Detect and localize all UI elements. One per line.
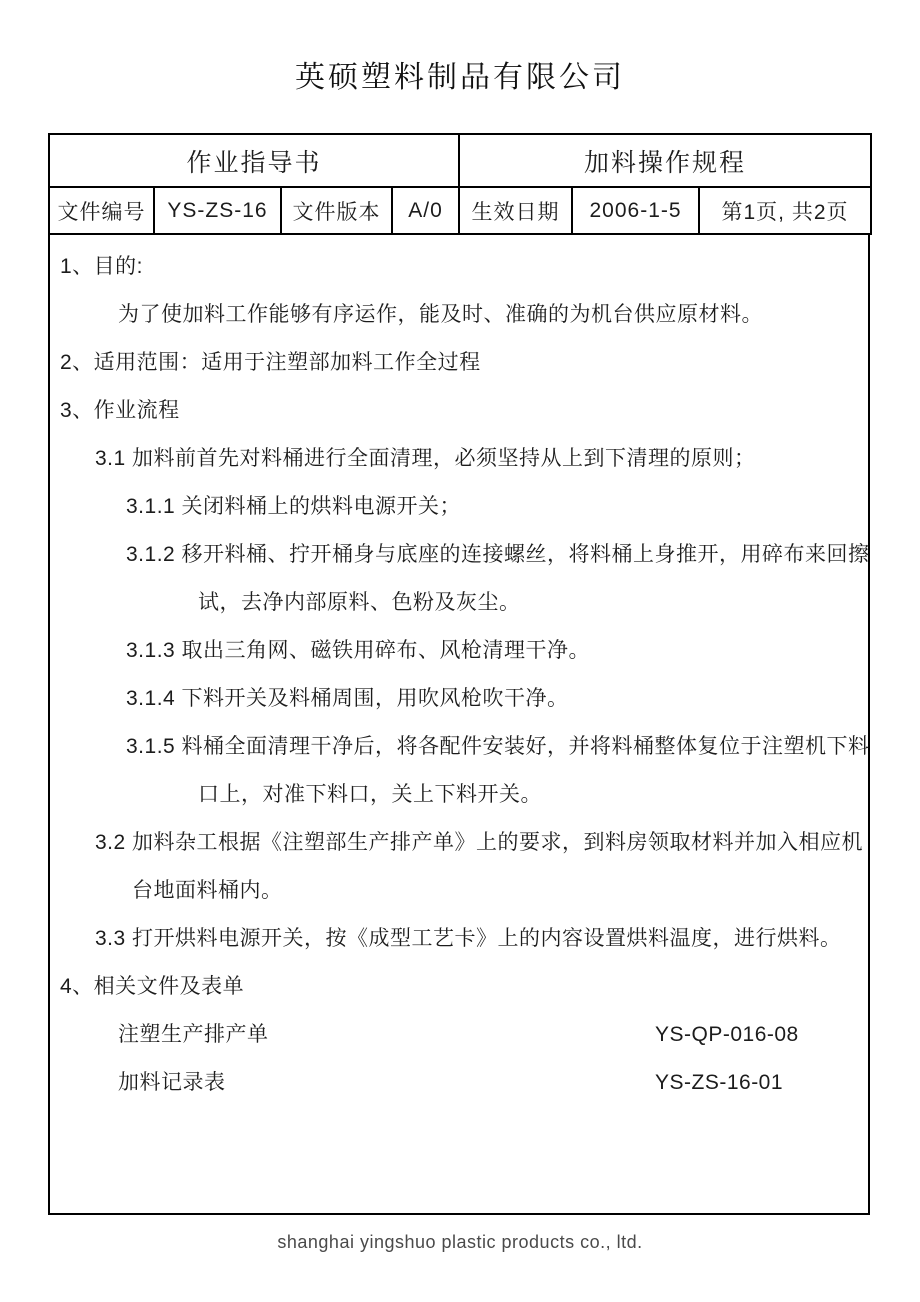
document-header-table: 作业指导书 加料操作规程 文件编号 YS-ZS-16 文件版本 A/0 生效日期… <box>48 133 872 235</box>
effective-date-value: 2006-1-5 <box>572 187 699 234</box>
related-document-row: 加料记录表 YS-ZS-16-01 <box>50 1059 868 1107</box>
body-line: 3.1.5 料桶全面清理干净后，将各配件安装好，并将料桶整体复位于注塑机下料 <box>50 723 868 771</box>
version-value: A/0 <box>392 187 459 234</box>
footer-company-name-en: shanghai yingshuo plastic products co., … <box>0 1232 920 1253</box>
doc-type-cell: 作业指导书 <box>49 134 459 187</box>
body-line: 台地面料桶内。 <box>50 867 868 915</box>
body-line: 3.2 加料杂工根据《注塑部生产排产单》上的要求，到料房领取材料并加入相应机 <box>50 819 868 867</box>
doc-no-value: YS-ZS-16 <box>154 187 281 234</box>
version-label: 文件版本 <box>281 187 392 234</box>
body-line: 试，去净内部原料、色粉及灰尘。 <box>50 579 868 627</box>
related-document-code: YS-QP-016-08 <box>655 1011 799 1059</box>
body-line: 3.3 打开烘料电源开关，按《成型工艺卡》上的内容设置烘料温度，进行烘料。 <box>50 915 868 963</box>
body-line: 3.1.3 取出三角网、磁铁用碎布、风枪清理干净。 <box>50 627 868 675</box>
related-document-name: 加料记录表 <box>118 1071 226 1094</box>
body-line: 1、目的: <box>50 243 868 291</box>
body-line: 3.1.1 关闭料桶上的烘料电源开关； <box>50 483 868 531</box>
doc-title-cell: 加料操作规程 <box>459 134 871 187</box>
related-document-row: 注塑生产排产单 YS-QP-016-08 <box>50 1011 868 1059</box>
related-document-code: YS-ZS-16-01 <box>655 1059 783 1107</box>
page-info: 第1页, 共2页 <box>699 187 871 234</box>
doc-no-label: 文件编号 <box>49 187 154 234</box>
body-line: 2、适用范围：适用于注塑部加料工作全过程 <box>50 339 868 387</box>
body-line: 口上，对准下料口，关上下料开关。 <box>50 771 868 819</box>
document-body: 1、目的: 为了使加料工作能够有序运作，能及时、准确的为机台供应原材料。 2、适… <box>48 235 870 1215</box>
body-line: 3.1.2 移开料桶、拧开桶身与底座的连接螺丝，将料桶上身推开，用碎布来回擦 <box>50 531 868 579</box>
body-line: 3.1 加料前首先对料桶进行全面清理，必须坚持从上到下清理的原则； <box>50 435 868 483</box>
body-line: 为了使加料工作能够有序运作，能及时、准确的为机台供应原材料。 <box>50 291 868 339</box>
company-title: 英硕塑料制品有限公司 <box>0 52 920 96</box>
effective-date-label: 生效日期 <box>459 187 572 234</box>
body-line: 4、相关文件及表单 <box>50 963 868 1011</box>
body-line: 3、作业流程 <box>50 387 868 435</box>
related-document-name: 注塑生产排产单 <box>118 1023 269 1046</box>
body-line: 3.1.4 下料开关及料桶周围，用吹风枪吹干净。 <box>50 675 868 723</box>
